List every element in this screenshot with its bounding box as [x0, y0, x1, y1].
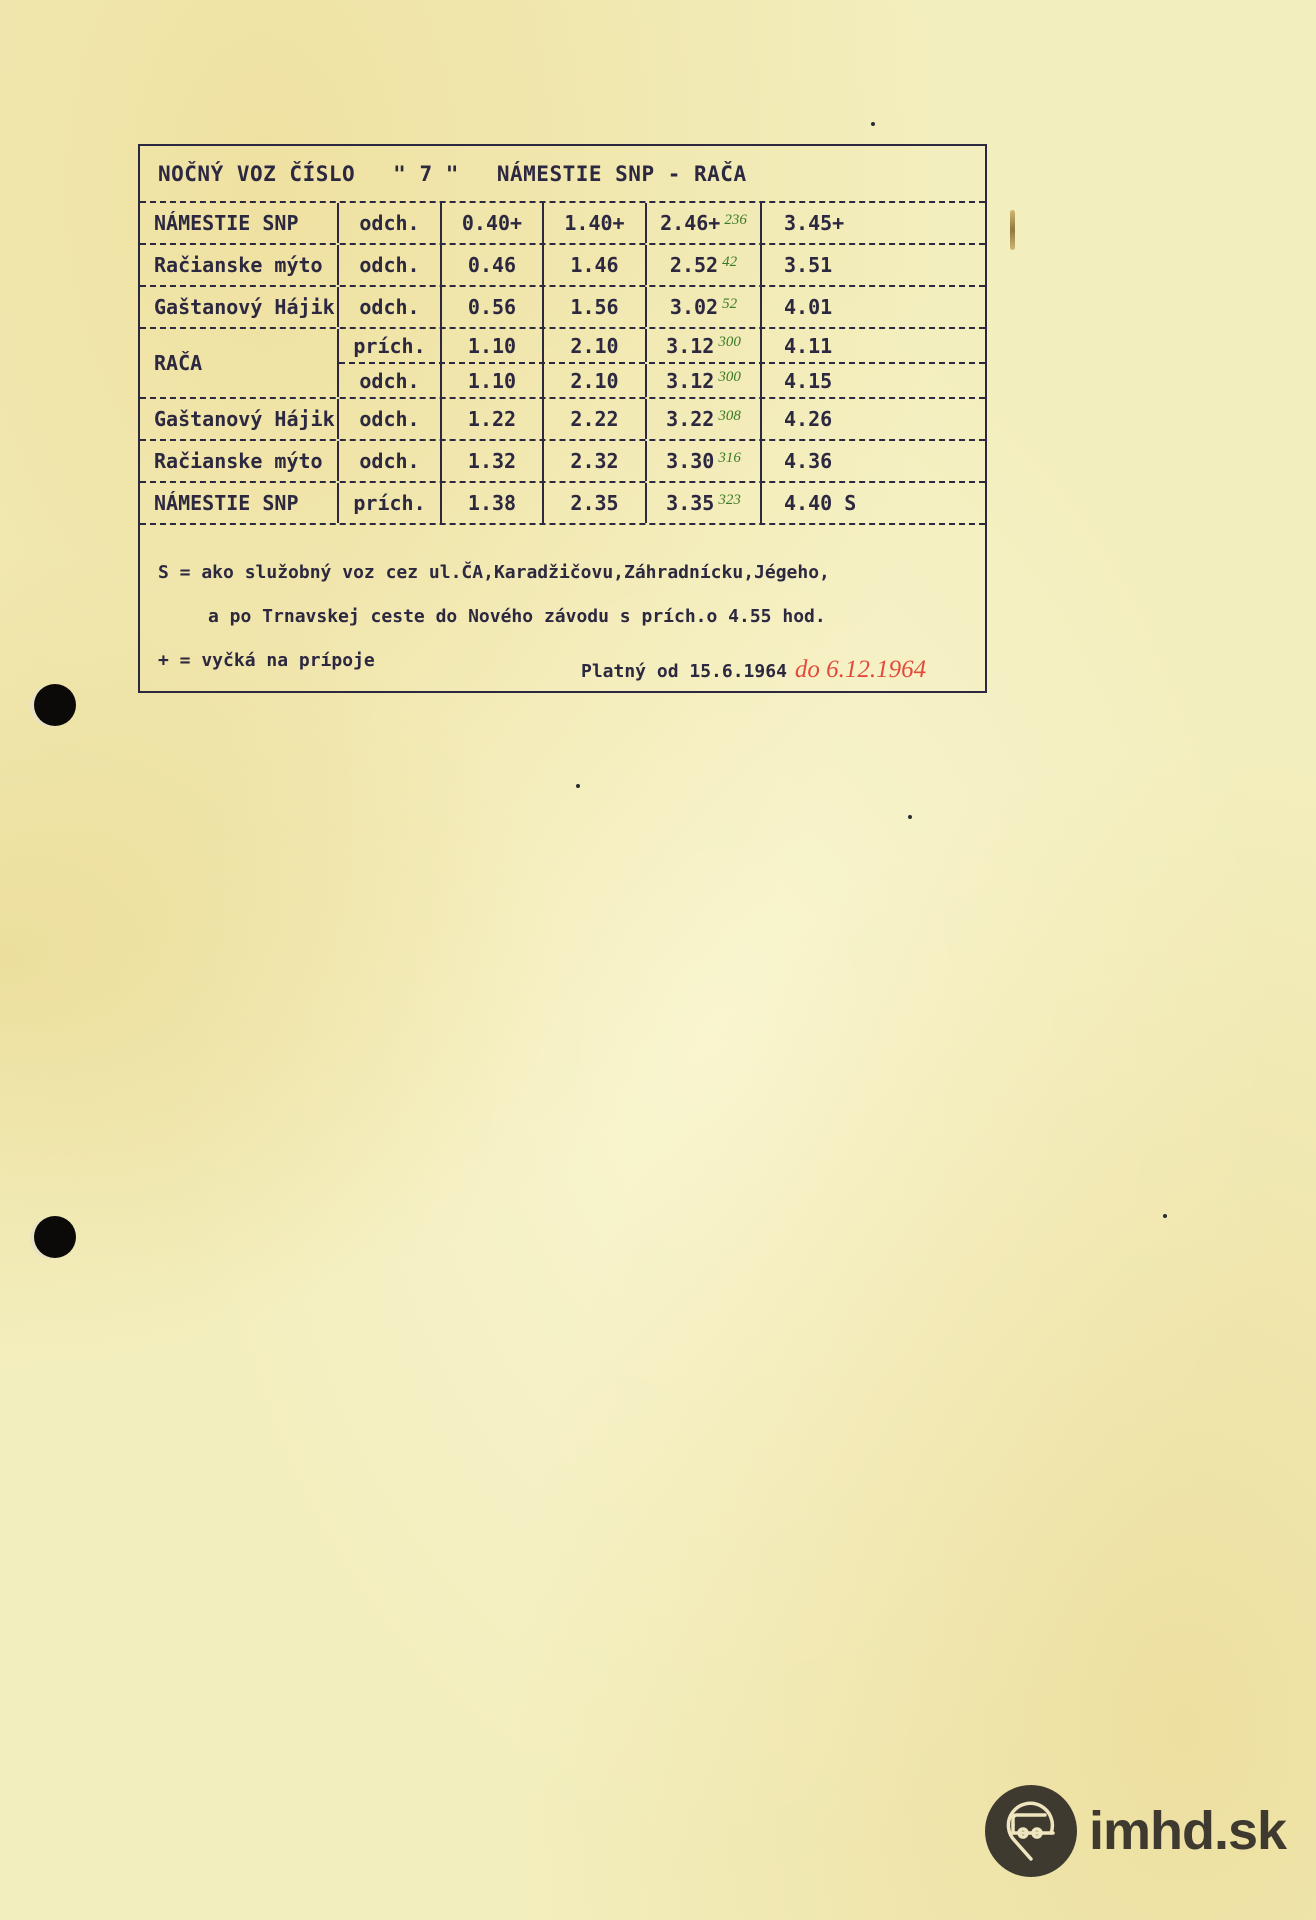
time-cell: 2.35 — [544, 483, 647, 523]
handwritten-note: 323 — [718, 492, 741, 509]
terminus-rows: prích. 1.10 2.10 3.12300 4.11 odch. 1.10… — [339, 329, 985, 397]
time-cell: 0.46 — [442, 245, 544, 285]
table-row-arrival: prích. 1.10 2.10 3.12300 4.11 — [339, 329, 985, 364]
handwritten-note: 42 — [722, 254, 737, 271]
validity: Platný od 15.6.1964do 6.12.1964 — [581, 656, 926, 684]
punch-hole-top — [34, 684, 76, 726]
paper-speck — [871, 122, 875, 126]
time-cell: 2.10 — [544, 364, 647, 397]
time-value: 3.02 — [670, 295, 718, 319]
timetable-footnotes: S = ako služobný voz cez ul.ČA,Karadžičo… — [140, 546, 985, 691]
footnote-s-line-1: S = ako služobný voz cez ul.ČA,Karadžičo… — [158, 562, 830, 583]
time-cell: 1.56 — [544, 287, 647, 327]
handwritten-note: 236 — [724, 212, 747, 229]
brand-name: imhd.sk — [1089, 1800, 1286, 1862]
time-value: 3.35 — [666, 491, 714, 515]
paper-speck — [908, 815, 912, 819]
footnote-s-line-2: a po Trnavskej ceste do Nového závodu s … — [208, 606, 826, 627]
time-cell: 4.26 — [762, 399, 985, 439]
punch-hole-bottom — [34, 1216, 76, 1258]
stop-type: odch. — [339, 287, 442, 327]
time-cell: 1.46 — [544, 245, 647, 285]
time-cell: 3.45+ — [762, 203, 985, 243]
time-cell: 0.40+ — [442, 203, 544, 243]
paper-speck — [1163, 1214, 1167, 1218]
terminus-block: RAČA prích. 1.10 2.10 3.12300 4.11 odch.… — [140, 329, 985, 399]
time-value: 3.12 — [666, 334, 714, 358]
time-cell: 3.35323 — [647, 483, 762, 523]
handwritten-note: 300 — [718, 334, 741, 351]
table-row: NÁMESTIE SNP prích. 1.38 2.35 3.35323 4.… — [140, 483, 985, 525]
time-value: 3.12 — [666, 369, 714, 393]
paper-stain — [1010, 210, 1015, 250]
stop-type: odch. — [339, 203, 442, 243]
time-cell: 4.11 — [762, 329, 985, 362]
line-number: " 7 " — [393, 162, 459, 186]
time-cell: 2.10 — [544, 329, 647, 362]
handwritten-note: 308 — [718, 408, 741, 425]
time-cell: 1.22 — [442, 399, 544, 439]
time-value: 2.52 — [670, 253, 718, 277]
bus-pin-icon — [985, 1785, 1077, 1877]
time-cell: 0.56 — [442, 287, 544, 327]
imhd-watermark: imhd.sk — [985, 1785, 1286, 1877]
stop-name: Račianske mýto — [140, 441, 339, 481]
time-cell: 2.46+236 — [647, 203, 762, 243]
time-cell: 1.10 — [442, 329, 544, 362]
time-cell: 1.38 — [442, 483, 544, 523]
route-name: NÁMESTIE SNP - RAČA — [497, 162, 747, 186]
time-cell: 4.01 — [762, 287, 985, 327]
time-cell: 3.30316 — [647, 441, 762, 481]
time-cell: 1.40+ — [544, 203, 647, 243]
stop-name: NÁMESTIE SNP — [140, 203, 339, 243]
handwritten-note: 300 — [718, 369, 741, 386]
time-cell: 2.32 — [544, 441, 647, 481]
time-cell: 3.51 — [762, 245, 985, 285]
time-value: 3.22 — [666, 407, 714, 431]
valid-from: Platný od 15.6.1964 — [581, 661, 787, 682]
stop-type: odch. — [339, 441, 442, 481]
table-row: Račianske mýto odch. 0.46 1.46 2.5242 3.… — [140, 245, 985, 287]
table-row-departure: odch. 1.10 2.10 3.12300 4.15 — [339, 364, 985, 397]
valid-to-handwritten: do 6.12.1964 — [795, 656, 926, 683]
time-cell: 1.10 — [442, 364, 544, 397]
timetable-title: NOČNÝ VOZ ČÍSLO " 7 " NÁMESTIE SNP - RAČ… — [140, 146, 985, 203]
stop-type: prích. — [339, 483, 442, 523]
time-cell: 3.12300 — [647, 364, 762, 397]
stop-name: Gaštanový Hájik — [140, 287, 339, 327]
time-value: 2.46+ — [660, 211, 720, 235]
time-cell: 2.22 — [544, 399, 647, 439]
time-value: 3.30 — [666, 449, 714, 473]
table-row: Gaštanový Hájik odch. 0.56 1.56 3.0252 4… — [140, 287, 985, 329]
stop-type: odch. — [339, 364, 442, 397]
stop-name: Gaštanový Hájik — [140, 399, 339, 439]
title-label: NOČNÝ VOZ ČÍSLO — [158, 162, 355, 186]
stop-type: prích. — [339, 329, 442, 362]
time-cell: 4.36 — [762, 441, 985, 481]
time-cell: 3.22308 — [647, 399, 762, 439]
time-cell: 3.0252 — [647, 287, 762, 327]
time-cell: 3.12300 — [647, 329, 762, 362]
stop-name: NÁMESTIE SNP — [140, 483, 339, 523]
stop-type: odch. — [339, 245, 442, 285]
night-bus-timetable: NOČNÝ VOZ ČÍSLO " 7 " NÁMESTIE SNP - RAČ… — [138, 144, 987, 693]
table-row: Gaštanový Hájik odch. 1.22 2.22 3.22308 … — [140, 399, 985, 441]
timetable-grid: NÁMESTIE SNP odch. 0.40+ 1.40+ 2.46+236 … — [140, 203, 985, 525]
table-row: NÁMESTIE SNP odch. 0.40+ 1.40+ 2.46+236 … — [140, 203, 985, 245]
stop-name: RAČA — [140, 329, 339, 397]
handwritten-note: 316 — [718, 450, 741, 467]
stop-type: odch. — [339, 399, 442, 439]
stop-name: Račianske mýto — [140, 245, 339, 285]
handwritten-note: 52 — [722, 296, 737, 313]
time-cell: 4.40 S — [762, 483, 985, 523]
paper-speck — [576, 784, 580, 788]
table-row: Račianske mýto odch. 1.32 2.32 3.30316 4… — [140, 441, 985, 483]
footnote-plus: + = vyčká na prípoje — [158, 650, 375, 671]
time-cell: 2.5242 — [647, 245, 762, 285]
time-cell: 1.32 — [442, 441, 544, 481]
time-cell: 4.15 — [762, 364, 985, 397]
